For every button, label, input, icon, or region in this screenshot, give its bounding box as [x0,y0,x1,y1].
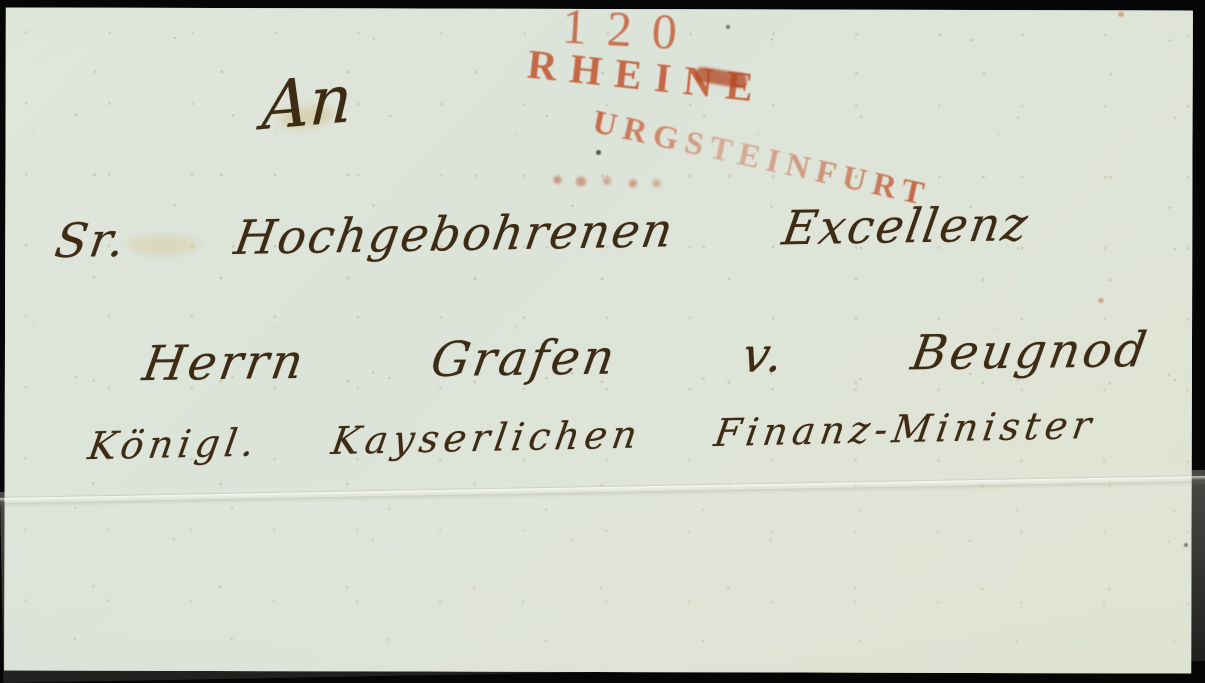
address-salutation: An [260,60,354,146]
paper-fleck [1118,12,1124,17]
paper-below-crease-tint [0,470,1205,683]
paper-speck [726,25,730,29]
letter-surface: 120 RHEINE URGSTEINFURT An Sr. Hochgeboh… [0,0,1205,683]
paper-speck [596,150,601,155]
postmark-transit-town: URGSTEINFURT [589,104,934,215]
address-recipient-title-line: Königl. Kayserlichen Finanz-Minister [85,403,1099,468]
paper-fleck [1098,298,1104,303]
address-recipient-honorific-line: Sr. Hochgebohrenen Excellenz [51,197,1033,269]
postmark-ink-smudge [548,174,666,189]
address-recipient-name-line: Herrn Grafen v. Beugnod [139,322,1153,392]
letter-cover-photo: 120 RHEINE URGSTEINFURT An Sr. Hochgeboh… [0,0,1205,683]
